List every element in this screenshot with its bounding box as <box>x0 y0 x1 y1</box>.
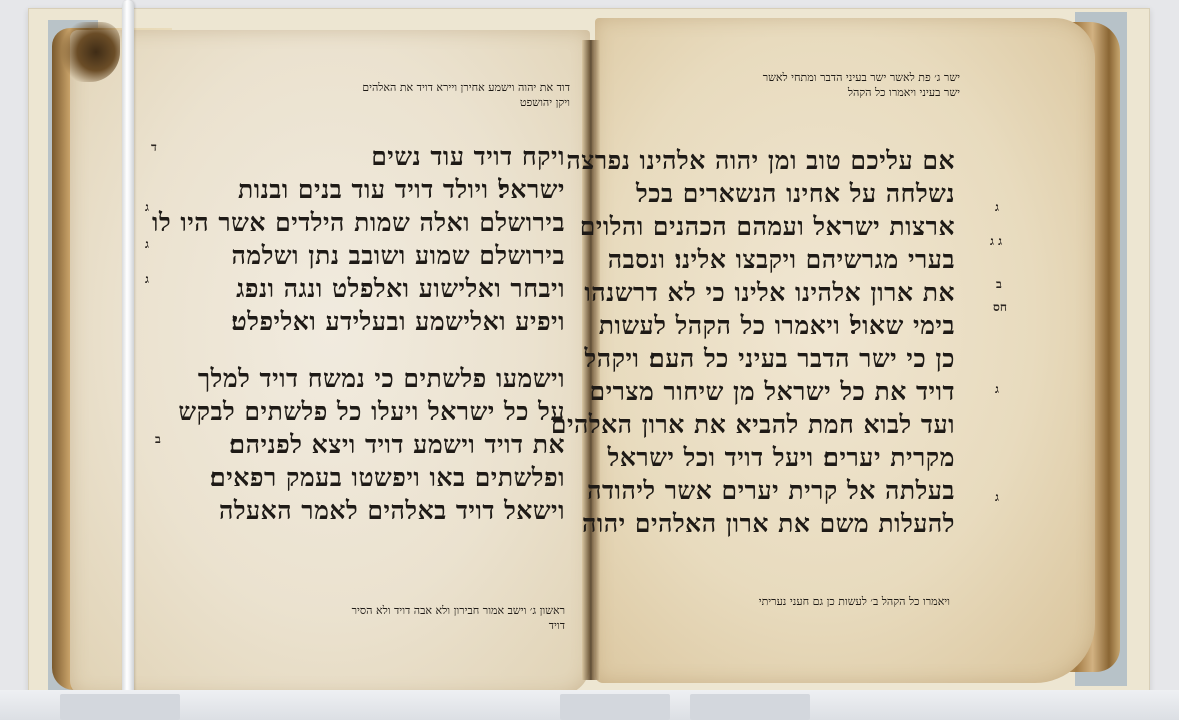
margin-mark: ג <box>145 272 149 287</box>
left-body-text: ויקח דויד עוד נשים ישראל׃ ויולד דויד עוד… <box>140 140 565 527</box>
margin-mark: ג <box>145 200 149 215</box>
text-line: את ארון אלהינו אלינו כי לא דרשנהו <box>635 276 955 309</box>
burn-damage <box>60 22 120 82</box>
text-line: וישאל דויד באלהים לאמר האעלה <box>140 494 565 527</box>
text-line: דויד את כל ישראל מן שיחור מצרים <box>635 375 955 408</box>
text-line: כן כי ישר הדבר בעיני כל העם׃ ויקהל <box>635 342 955 375</box>
manuscript-photo: דוד את יהוה וישמע אחירן ויירא דויד את הא… <box>0 0 1179 720</box>
white-string-ribbon <box>122 0 134 720</box>
text-line: ויפיע ואלישמע ובעלידע ואליפלט׃ <box>140 305 565 338</box>
text-line: מקרית יערים׃ ויעל דויד וכל ישראל <box>635 441 955 474</box>
margin-mark: ב <box>996 277 1002 292</box>
text-line: ופלשתים באו ויפשטו בעמק רפאים׃ <box>140 461 565 494</box>
stand-block <box>690 694 810 720</box>
margin-mark: חס <box>993 300 1007 315</box>
text-line: נשלחה על אחינו הנשארים בכל <box>635 177 955 210</box>
text-line: בימי שאול׃ ויאמרו כל הקהל לעשות <box>635 309 955 342</box>
stand-block <box>60 694 180 720</box>
margin-mark: ד <box>151 140 157 155</box>
left-margin-marks: ד ג ג ג ב <box>145 0 165 720</box>
margin-mark: ג <box>995 200 999 215</box>
text-line: בערי מגרשיהם ויקבצו אלינו׃ ונסבה <box>635 243 955 276</box>
margin-mark: ב <box>155 432 161 447</box>
right-margin-marks: ג ג ג ב חס ג ג <box>990 0 1030 720</box>
text-line: להעלות משם את ארון האלהים יהוה <box>635 507 955 540</box>
text-line: וישמעו פלשתים כי נמשח דויד למלך <box>140 362 565 395</box>
left-footer-note: ראשון ג׳ וישב אמור חבירון ולא אבה דויד ו… <box>230 603 565 633</box>
text-line: אם עליכם טוב ומן יהוה אלהינו נפרצה <box>635 144 955 177</box>
margin-mark: ג <box>995 382 999 397</box>
right-body-text: אם עליכם טוב ומן יהוה אלהינו נפרצה נשלחה… <box>635 144 955 540</box>
margin-mark: ג <box>995 490 999 505</box>
header-line: ישר בעיני ויאמרו כל הקהל <box>660 85 960 100</box>
text-line: ויקח דויד עוד נשים <box>140 140 565 173</box>
text-line: ויבחר ואלישוע ואלפלט ונגה ונפג <box>140 272 565 305</box>
text-line: ועד לבוא חמת להביא את ארון האלהים <box>635 408 955 441</box>
text-line: בירושלם שמוע ושובב נתן ושלמה <box>140 239 565 272</box>
right-header-note: ישר ג׳ פת לאשר ישר בעיני הדבר ומתחי לאשר… <box>660 70 960 100</box>
text-line: על כל ישראל ויעלו כל פלשתים לבקש <box>140 395 565 428</box>
header-line: ויקן יהושפט <box>240 95 570 110</box>
text-line: בירושלם ואלה שמות הילדים אשר היו לו <box>140 206 565 239</box>
text-line: את דויד וישמע דויד ויצא לפניהם׃ <box>140 428 565 461</box>
footer-line: ראשון ג׳ וישב אמור חבירון ולא אבה דויד ו… <box>230 603 565 618</box>
right-footer-note: ויאמרו כל הקהל ב׳ לעשות כן גם חעני נערית… <box>650 594 950 609</box>
footer-line: דויד <box>230 618 565 633</box>
text-line: בעלתה אל קרית יערים אשר ליהודה <box>635 474 955 507</box>
text-line: ארצות ישראל ועמהם הכהנים והלוים <box>635 210 955 243</box>
header-line: ישר ג׳ פת לאשר ישר בעיני הדבר ומתחי לאשר <box>660 70 960 85</box>
margin-mark: ג <box>145 237 149 252</box>
header-line: דוד את יהוה וישמע אחירן ויירא דויד את הא… <box>240 80 570 95</box>
text-line: ישראל׃ ויולד דויד עוד בנים ובנות <box>140 173 565 206</box>
left-header-note: דוד את יהוה וישמע אחירן ויירא דויד את הא… <box>240 80 570 110</box>
margin-mark: ג ג <box>990 234 1002 249</box>
stand-block <box>560 694 670 720</box>
footer-line: ויאמרו כל הקהל ב׳ לעשות כן גם חעני נערית… <box>650 594 950 609</box>
